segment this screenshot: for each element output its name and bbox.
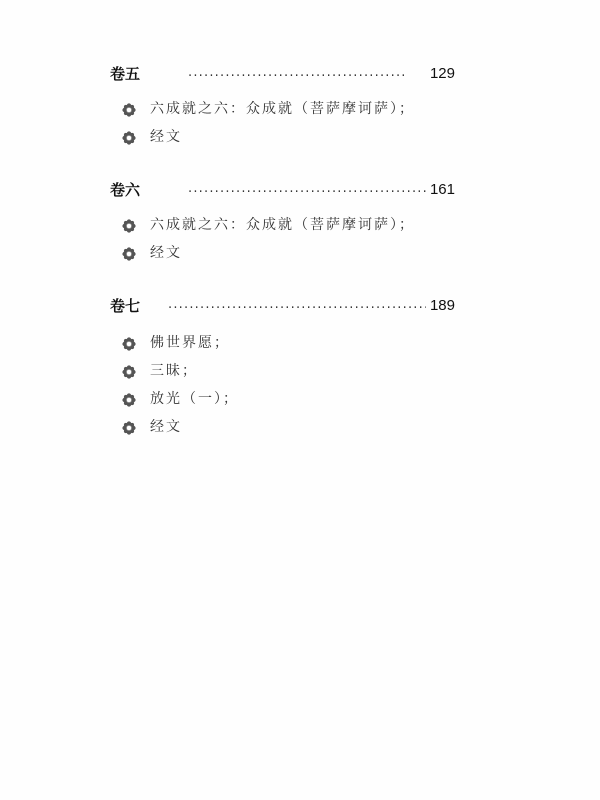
dot-leader: ........................................…	[168, 296, 426, 316]
dot-leader: ........................................…	[188, 180, 426, 200]
toc-item[interactable]: 佛世界愿；	[122, 333, 230, 353]
toc-item-text: 六成就之六：众成就（菩萨摩诃萨）；	[150, 215, 415, 235]
document-page: 卷五 .....................................…	[0, 0, 600, 800]
toc-item-text: 六成就之六：众成就（菩萨摩诃萨）；	[150, 99, 415, 119]
toc-item-text: 经文	[150, 417, 182, 437]
page-number: 129	[430, 64, 455, 84]
volume-title: 卷七	[110, 296, 140, 316]
volume-title: 卷六	[110, 180, 140, 200]
page-number: 189	[430, 296, 455, 316]
toc-item-text: 佛世界愿；	[150, 333, 230, 353]
toc-item[interactable]: 经文	[122, 243, 182, 263]
toc-item-text: 三昧；	[150, 361, 198, 381]
toc-item-text: 放光（一）；	[150, 389, 239, 409]
flower-bullet-icon	[122, 417, 136, 437]
toc-section-vol7: 卷七 .....................................…	[110, 296, 455, 316]
toc-section-vol5: 卷五 .....................................…	[110, 64, 455, 84]
toc-item-text: 经文	[150, 243, 182, 263]
flower-bullet-icon	[122, 99, 136, 119]
toc-item[interactable]: 放光（一）；	[122, 389, 239, 409]
toc-item-text: 经文	[150, 127, 182, 147]
toc-heading[interactable]: 卷七 .....................................…	[110, 296, 455, 316]
toc-item[interactable]: 六成就之六：众成就（菩萨摩诃萨）；	[122, 215, 415, 235]
flower-bullet-icon	[122, 361, 136, 381]
toc-heading[interactable]: 卷六 .....................................…	[110, 180, 455, 200]
volume-title: 卷五	[110, 64, 140, 84]
dot-leader: ........................................…	[188, 64, 406, 84]
flower-bullet-icon	[122, 389, 136, 409]
flower-bullet-icon	[122, 215, 136, 235]
page-number: 161	[430, 180, 455, 200]
toc-item[interactable]: 经文	[122, 127, 182, 147]
flower-bullet-icon	[122, 127, 136, 147]
toc-item[interactable]: 经文	[122, 417, 182, 437]
flower-bullet-icon	[122, 243, 136, 263]
toc-item[interactable]: 三昧；	[122, 361, 198, 381]
flower-bullet-icon	[122, 333, 136, 353]
toc-item[interactable]: 六成就之六：众成就（菩萨摩诃萨）；	[122, 99, 415, 119]
toc-heading[interactable]: 卷五 .....................................…	[110, 64, 455, 84]
toc-section-vol6: 卷六 .....................................…	[110, 180, 455, 200]
